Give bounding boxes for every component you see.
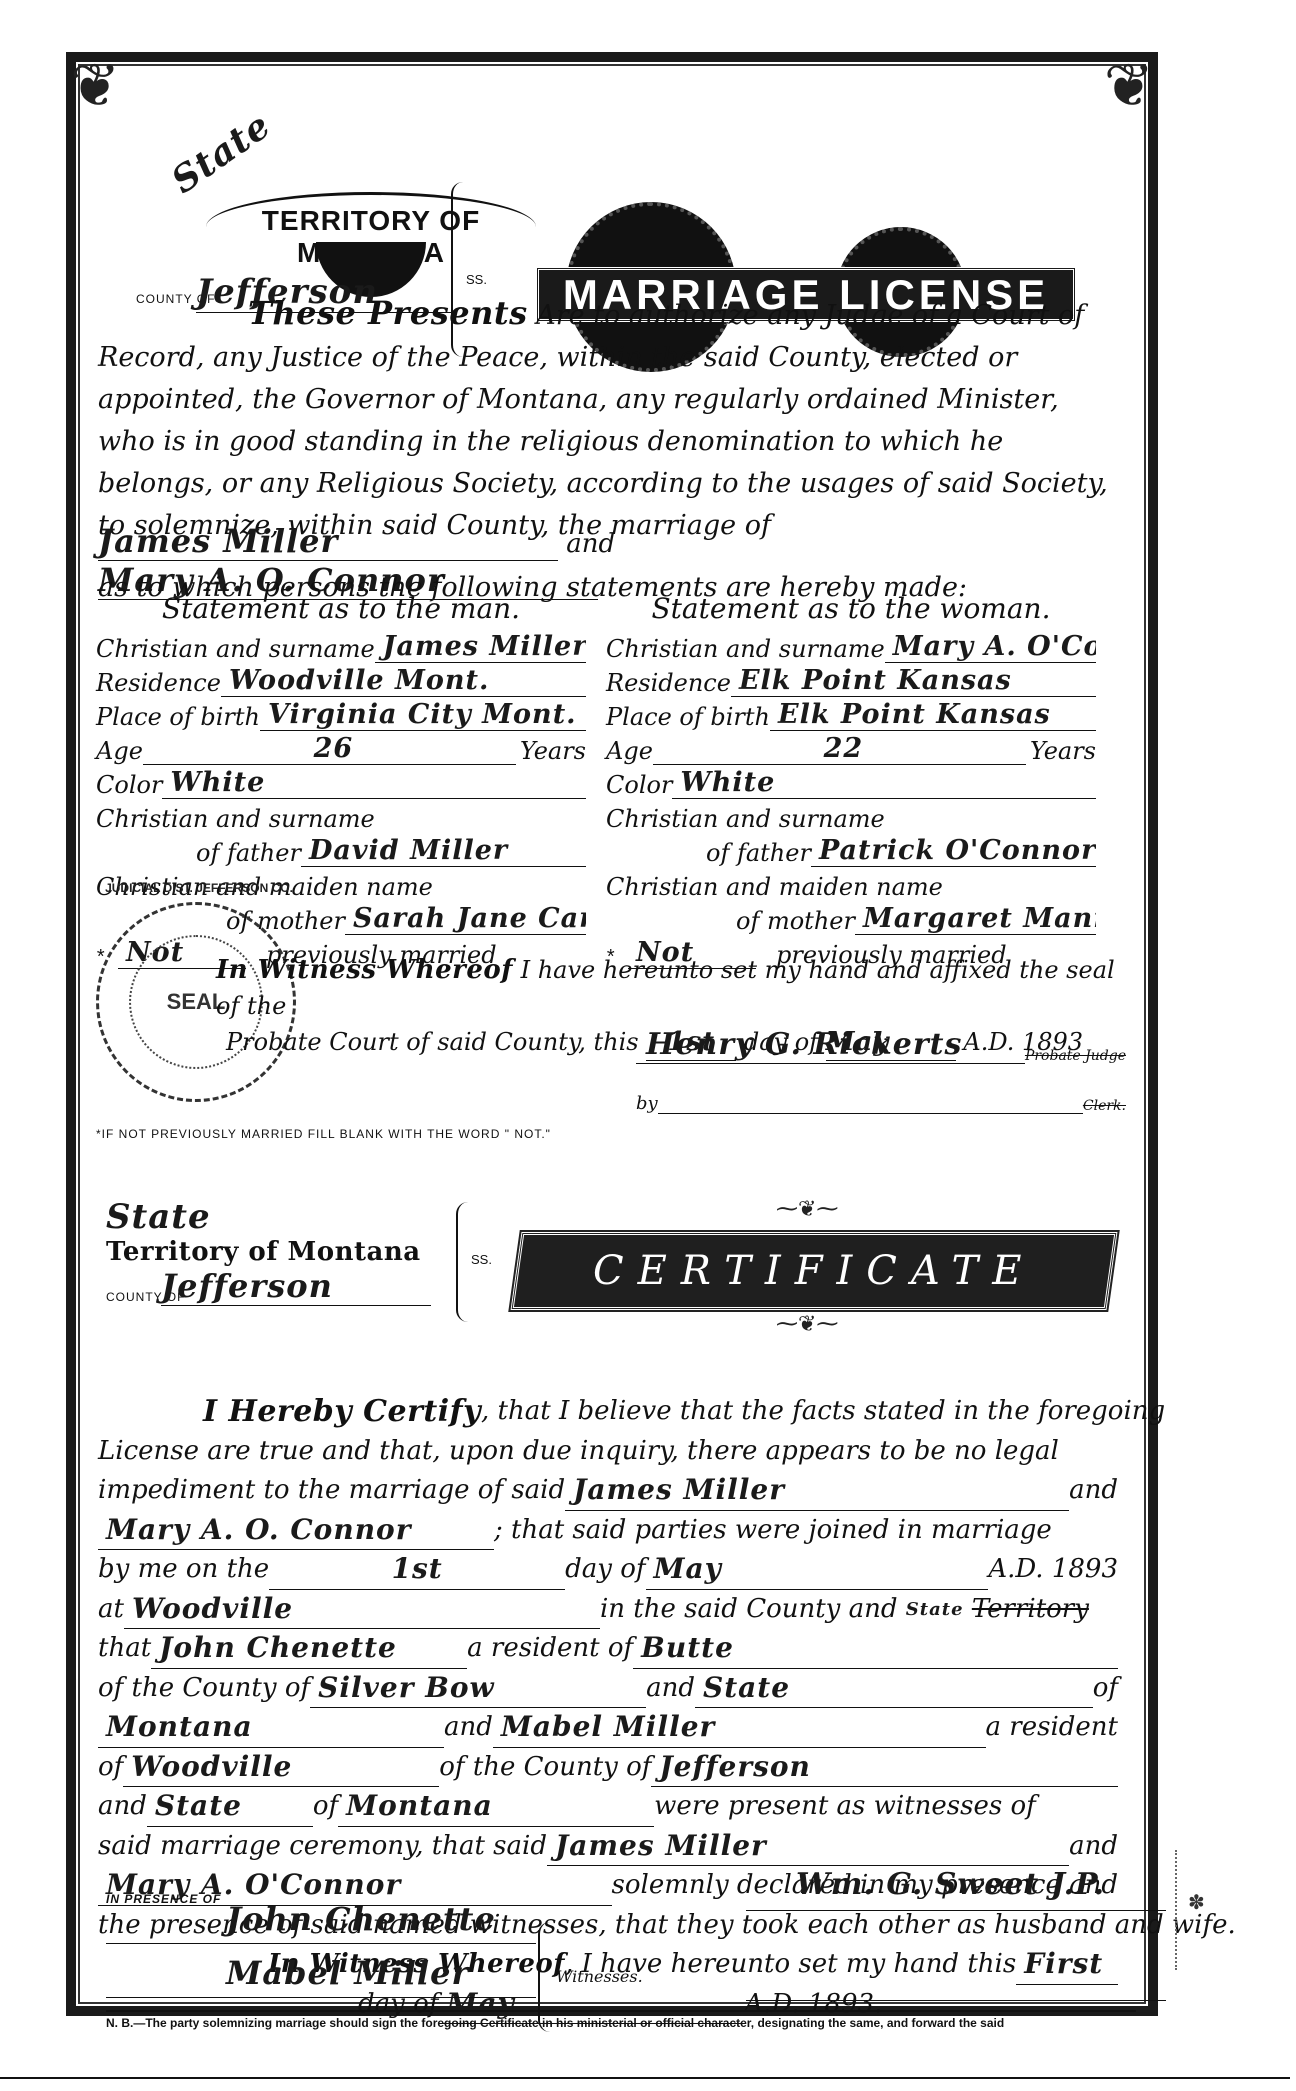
woman-age-value: 22 xyxy=(653,733,1026,765)
cert-year: A.D. 1893 xyxy=(988,1550,1118,1590)
woman-mother-value: Margaret Mannin xyxy=(855,903,1096,935)
cert-witness2-state-word: State xyxy=(147,1786,313,1827)
woman-residence-value: Elk Point Kansas xyxy=(731,665,1096,697)
intro-text: Are to authorize any Judge of a Court of… xyxy=(98,300,1108,541)
ss-label: SS. xyxy=(466,272,487,287)
man-color-row: ColorWhite xyxy=(96,765,586,799)
woman-color-row: ColorWhite xyxy=(606,765,1096,799)
cert-witness1-state-word: State xyxy=(695,1668,1093,1709)
ornament-corner-icon: ❦ xyxy=(70,56,140,146)
cert-witness1-city: Butte xyxy=(633,1628,1118,1669)
and-word: and xyxy=(566,529,615,559)
officiant-title-line xyxy=(746,1957,1166,2001)
cert-witness1-state: Montana xyxy=(98,1707,444,1748)
nb-note: N. B.—The party solemnizing marriage sho… xyxy=(106,2010,1136,2030)
cert-state-handwritten: State xyxy=(106,1197,211,1237)
cert-groom: James Miller xyxy=(565,1470,1069,1511)
man-color-value: White xyxy=(162,767,586,799)
state-handwritten: State xyxy=(164,104,279,202)
cert-place: Woodville xyxy=(124,1589,600,1630)
cert-month: May xyxy=(646,1549,989,1590)
man-mother-value: Sarah Jane Carroll xyxy=(345,903,586,935)
marriage-license-document: ❦ ❦ State TERRITORY OF MONTANA COUNTY OF… xyxy=(66,52,1158,2016)
woman-name-value: Mary A. O'Connor xyxy=(885,631,1096,663)
authorization-paragraph: These Presents Are to authorize any Judg… xyxy=(98,292,1118,547)
page-bottom-rule xyxy=(0,2077,1290,2079)
clerk-signature xyxy=(658,1077,1083,1114)
woman-name-row: Christian and surnameMary A. O'Connor xyxy=(606,629,1096,663)
woman-father-value: Patrick O'Connor xyxy=(811,835,1096,867)
cert-witness1: John Chenette xyxy=(151,1628,467,1669)
woman-residence-row: ResidenceElk Point Kansas xyxy=(606,663,1096,697)
statement-woman-title: Statement as to the woman. xyxy=(606,592,1096,625)
scan-edge-mark xyxy=(1175,1850,1189,1970)
cert-witness1-county: Silver Bow xyxy=(310,1668,646,1709)
statement-man-title: Statement as to the man. xyxy=(96,592,586,625)
intro-heading: These Presents xyxy=(248,294,528,332)
clerk-title: Clerk. xyxy=(1083,1098,1126,1114)
woman-color-value: White xyxy=(672,767,1096,799)
witnesses-label: Witnesses. xyxy=(556,1967,643,1986)
scan-artifact-icon: ✽ xyxy=(1188,1890,1205,1914)
brace-icon xyxy=(456,1202,470,1322)
certificate-banner: CERTIFICATE xyxy=(511,1232,1118,1310)
man-birthplace-value: Virginia City Mont. xyxy=(260,699,586,731)
man-age-value: 26 xyxy=(143,733,516,765)
territory-struck: Territory xyxy=(972,1590,1089,1630)
ornament-corner-icon: ❦ xyxy=(1084,56,1154,146)
cert-bride: Mary A. O. Connor xyxy=(98,1510,494,1551)
officiant-signature: Wm. G. Sweet J.P. xyxy=(746,1867,1166,1911)
state-correction: State xyxy=(906,1590,964,1630)
man-father-row: of fatherDavid Miller xyxy=(96,833,586,867)
certify-heading: I Hereby Certify xyxy=(203,1392,481,1432)
cert-witness2-city: Woodville xyxy=(123,1747,439,1788)
cert-ss-label: SS. xyxy=(471,1252,492,1267)
flourish-icon: ⁓❦⁓ xyxy=(776,1312,838,1337)
certificate-title: CERTIFICATE xyxy=(593,1248,1035,1294)
man-age-row: Age26Years xyxy=(96,731,586,765)
witness-signature-2: Mabel Miller xyxy=(106,1954,536,1998)
witness-signature-1: John Chenette xyxy=(106,1900,536,1944)
judge-title: Probate Judge xyxy=(1025,1048,1126,1064)
cert-witness2: Mabel Miller xyxy=(493,1707,986,1748)
man-residence-row: ResidenceWoodville Mont. xyxy=(96,663,586,697)
cert-witness2-county: Jefferson xyxy=(651,1747,1118,1788)
couple-names-row: James Miller and Mary A. O. Connor xyxy=(98,522,1118,572)
man-name-row: Christian and surnameJames Miller xyxy=(96,629,586,663)
cert-day: 1st xyxy=(269,1549,565,1590)
flourish-icon: ⁓❦⁓ xyxy=(776,1197,838,1222)
man-residence-value: Woodville Mont. xyxy=(221,665,586,697)
woman-birthplace-value: Elk Point Kansas xyxy=(770,699,1096,731)
man-birthplace-row: Place of birthVirginia City Mont. xyxy=(96,697,586,731)
cert-territory-title: Territory of Montana xyxy=(106,1237,421,1267)
cert-groom-2: James Miller xyxy=(547,1826,1069,1867)
witness-heading: In Witness Whereof xyxy=(216,955,513,985)
man-father-value: David Miller xyxy=(301,835,586,867)
judge-signature: Henry G. Rickerts xyxy=(636,1027,1025,1064)
woman-age-row: Age22Years xyxy=(606,731,1096,765)
woman-mother-row: of motherMargaret Mannin xyxy=(606,901,1096,935)
footnote: *IF NOT PREVIOUSLY MARRIED FILL BLANK WI… xyxy=(96,1127,551,1141)
cert-witness2-state: Montana xyxy=(338,1786,654,1827)
cert-county-value: Jefferson xyxy=(161,1267,431,1306)
groom-name: James Miller xyxy=(98,522,338,560)
probate-judge-signature-row: Henry G. Rickerts Probate Judge xyxy=(636,1027,1126,1064)
woman-father-row: of fatherPatrick O'Connor xyxy=(606,833,1096,867)
clerk-signature-row: by Clerk. xyxy=(636,1077,1126,1114)
man-name-value: James Miller xyxy=(375,631,586,663)
statement-woman: Statement as to the woman. Christian and… xyxy=(606,592,1096,969)
woman-birthplace-row: Place of birthElk Point Kansas xyxy=(606,697,1096,731)
